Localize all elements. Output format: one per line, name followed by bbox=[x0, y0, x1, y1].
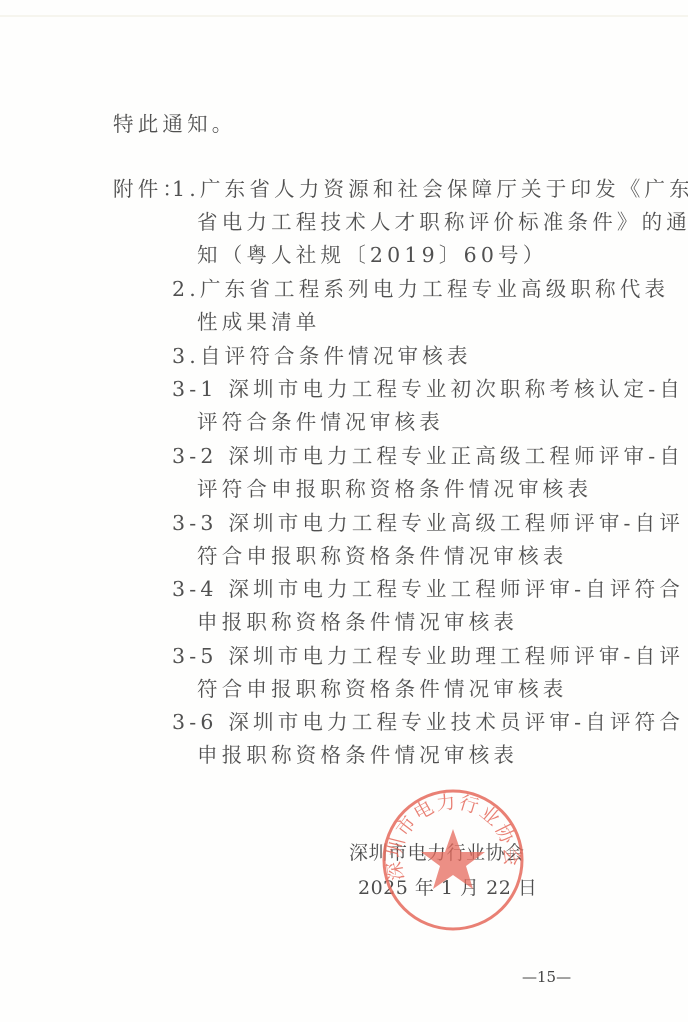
attachment-3-2-line-1: 3-2 深圳市电力工程专业正高级工程师评审-自 bbox=[172, 443, 684, 469]
signature-date: 2025 年 1 月 22 日 bbox=[358, 873, 537, 900]
attachment-3-line-1: 3.自评符合条件情况审核表 bbox=[172, 343, 472, 369]
scan-artifact-line bbox=[0, 15, 688, 17]
attachment-1-line-1: 1.广东省人力资源和社会保障厅关于印发《广东 bbox=[172, 176, 688, 202]
attachment-3-4-line-2: 申报职称资格条件情况审核表 bbox=[197, 609, 518, 635]
closing-text: 特此通知。 bbox=[113, 111, 237, 137]
attachment-3-5-line-1: 3-5 深圳市电力工程专业助理工程师评审-自评 bbox=[172, 643, 684, 669]
attachment-3-6-line-2: 申报职称资格条件情况审核表 bbox=[197, 742, 518, 768]
attachment-3-2-line-2: 评符合申报职称资格条件情况审核表 bbox=[197, 476, 592, 502]
attachment-3-6-line-1: 3-6 深圳市电力工程专业技术员评审-自评符合 bbox=[172, 709, 684, 735]
attachment-2-line-2: 性成果清单 bbox=[197, 309, 321, 335]
attachment-3-5-line-2: 符合申报职称资格条件情况审核表 bbox=[197, 676, 568, 702]
page-number: —15— bbox=[522, 968, 571, 986]
attachment-1-line-3: 知（粤人社规〔2019〕60号） bbox=[197, 242, 547, 268]
svg-text:深圳市电力行业协会: 深圳市电力行业协会 bbox=[383, 791, 522, 882]
attachment-3-3-line-2: 符合申报职称资格条件情况审核表 bbox=[197, 543, 568, 569]
attachment-3-1-line-2: 评符合条件情况审核表 bbox=[197, 409, 444, 435]
attachment-3-4-line-1: 3-4 深圳市电力工程专业工程师评审-自评符合 bbox=[172, 576, 684, 602]
attachment-3-1-line-1: 3-1 深圳市电力工程专业初次职称考核认定-自 bbox=[172, 376, 684, 402]
attachment-3-3-line-1: 3-3 深圳市电力工程专业高级工程师评审-自评 bbox=[172, 510, 684, 536]
seal-arc-text: 深圳市电力行业协会 bbox=[383, 791, 522, 882]
signature-organization: 深圳市电力行业协会 bbox=[349, 838, 525, 865]
attachment-1-line-2: 省电力工程技术人才职称评价标准条件》的通 bbox=[197, 209, 688, 235]
attachment-2-line-1: 2.广东省工程系列电力工程专业高级职称代表 bbox=[172, 276, 669, 302]
